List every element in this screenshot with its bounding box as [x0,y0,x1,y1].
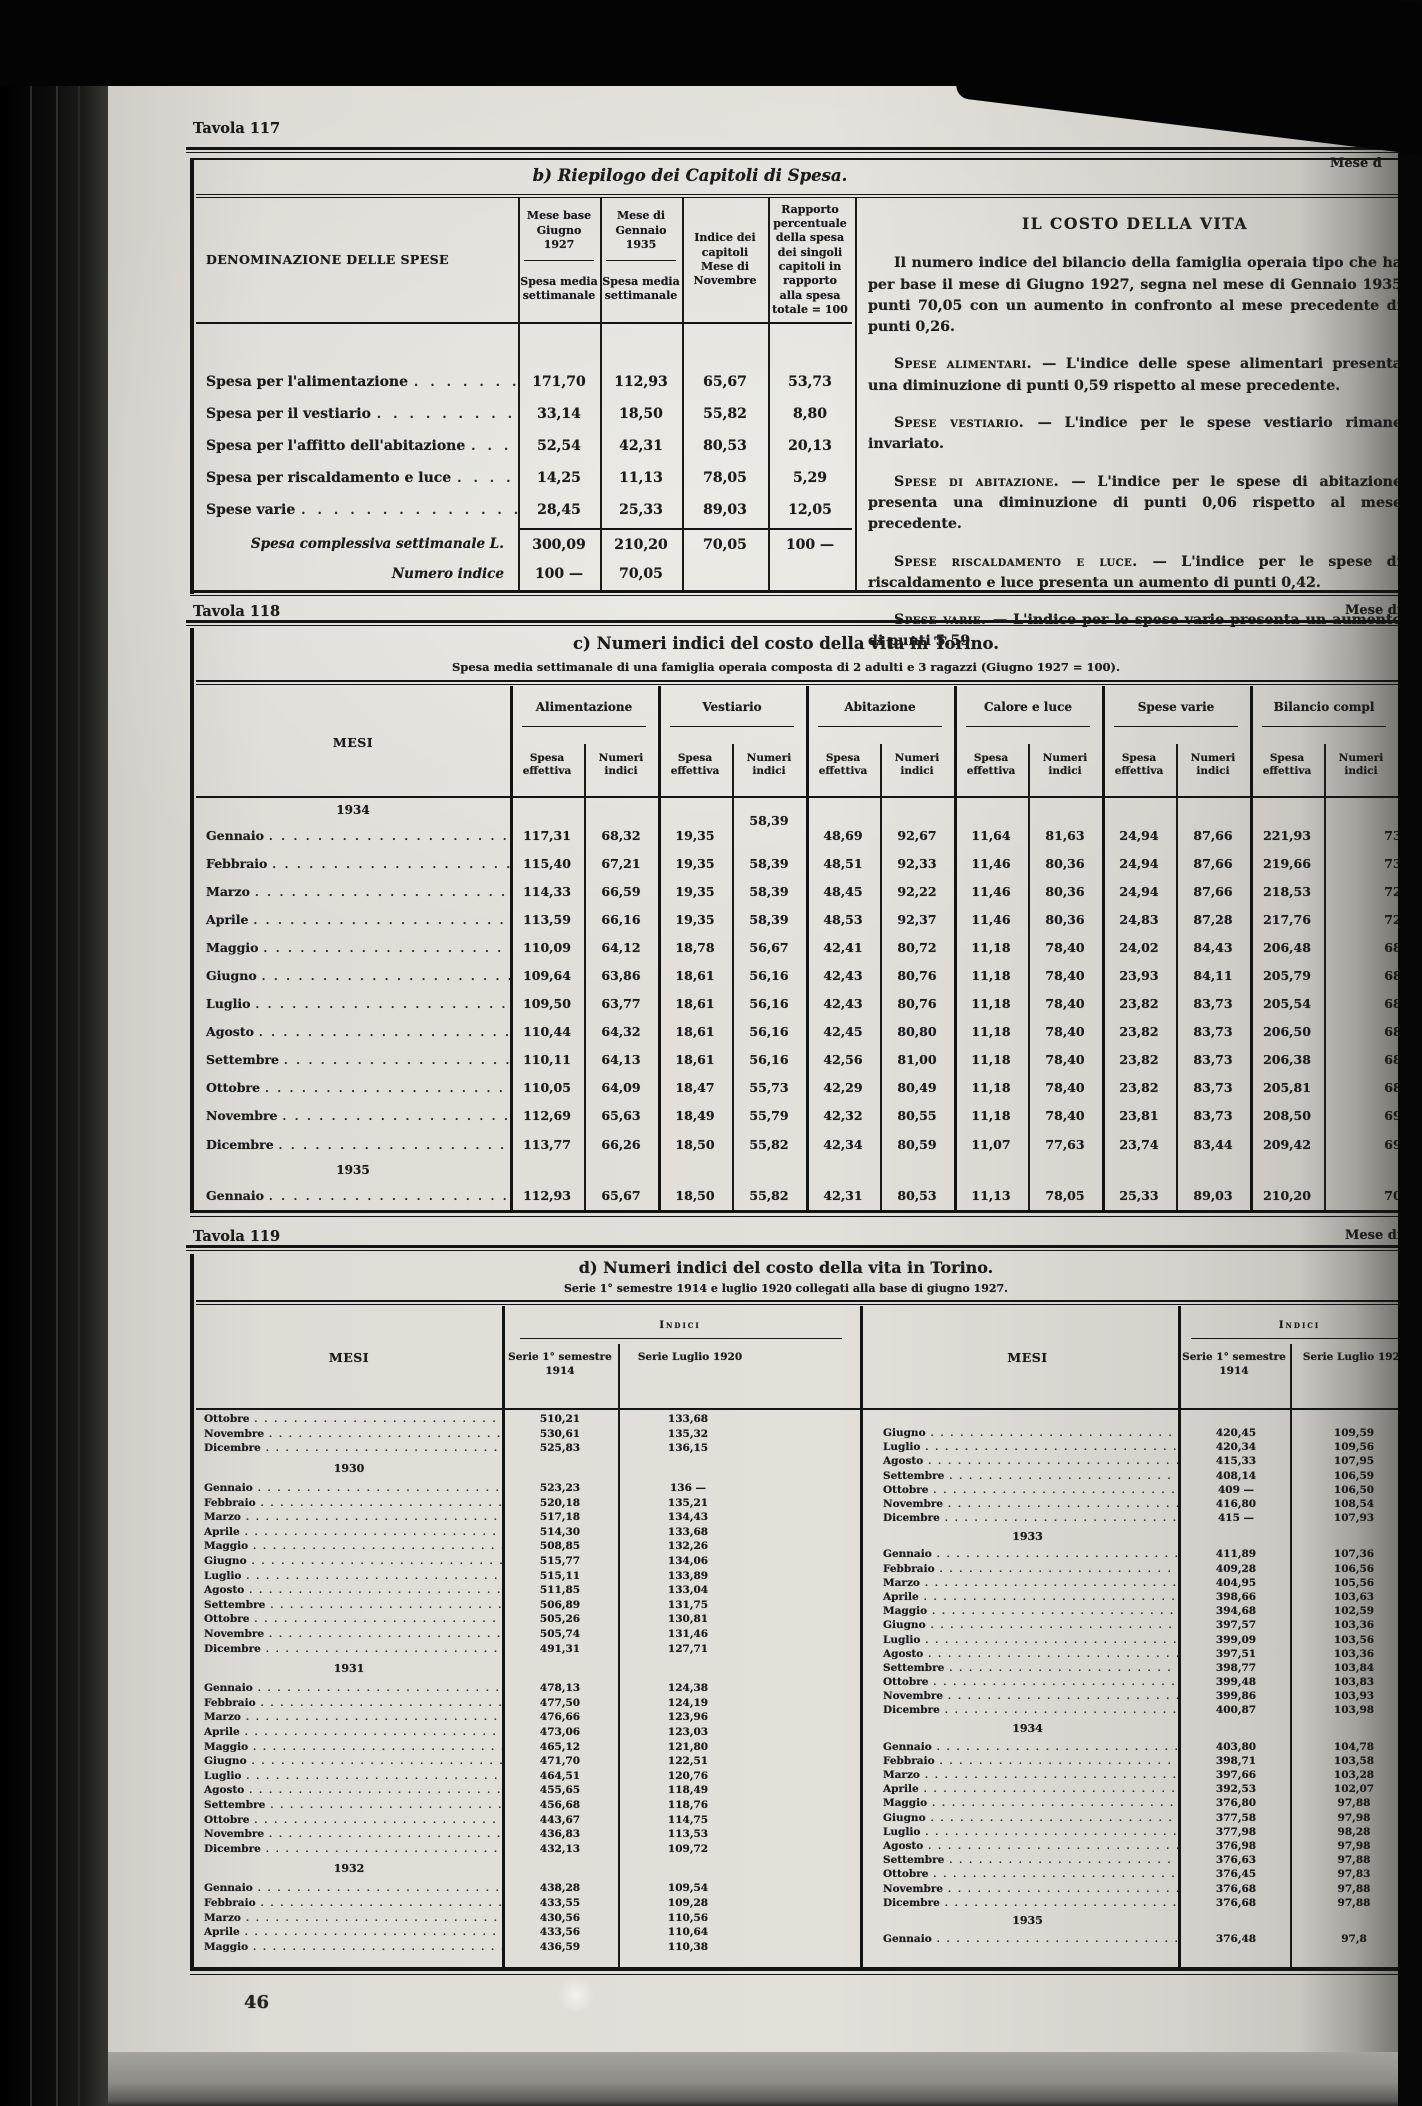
serie-1914-value: 392,53 [1180,1783,1292,1795]
serie-1914-value: 436,59 [502,1941,618,1953]
tavola-119-label: Tavola 119 [193,1228,280,1245]
value-cell: 89,03 [1176,1188,1250,1203]
table118-left-border [190,628,194,1212]
expense-value: 78,05 [682,470,768,486]
value-cell: 114,33 [510,884,584,899]
table-row: Giugno. . . . . . . . . . . . . . . . . … [875,1618,1416,1632]
expense-label: Spesa per il vestiario. . . . . . . . . … [196,406,518,422]
tavola-117-label: Tavola 117 [193,120,280,137]
value-cell: 83,73 [1176,996,1250,1011]
value-cell: 110,05 [510,1080,584,1095]
total-value: 100 — [768,528,852,560]
serie-1914-value: 376,48 [1180,1933,1292,1945]
value-cell: 19,35 [658,912,732,927]
essay-divider [855,198,857,590]
total-value: 300,09 [518,528,600,560]
value-cell: 117,31 [510,828,584,843]
index-value: 100 — [518,566,600,582]
value-cell: 83,73 [1176,1024,1250,1039]
value-cell: 80,36 [1028,856,1102,871]
serie-1914-header: Serie 1° semestre 1914 [1175,1350,1293,1378]
table-row: Giugno. . . . . . . . . . . . . . . . . … [196,1554,852,1569]
table-row: Gennaio. . . . . . . . . . . . . . . . .… [875,1740,1416,1754]
value-cell: 58,39 [732,884,806,899]
value-cell: 110,44 [510,1024,584,1039]
column-group-label: Calore e luce [954,700,1102,714]
month-cell: Giugno. . . . . . . . . . . . . . . . . … [875,1619,1180,1631]
table-row: Dicembre. . . . . . . . . . . . . . . . … [875,1703,1416,1717]
value-cell: 206,50 [1250,1024,1324,1039]
table117-index-row: Numero indice 100 — 70,05 [196,560,852,588]
subcol-spesa-effettiva: Spesa effettiva [1102,732,1176,798]
value-cell: 218,53 [1250,884,1324,899]
table-row: Ottobre. . . . . . . . . . . . . . . . .… [875,1483,1416,1497]
value-cell: 81,00 [880,1052,954,1067]
expense-value: 52,54 [518,438,600,454]
table-row: Luglio. . . . . . . . . . . . . . . . . … [196,990,1414,1018]
paper-bottom-edge [108,2052,1422,2106]
month-cell: Marzo. . . . . . . . . . . . . . . . . .… [196,1912,502,1924]
value-cell: 87,28 [1176,912,1250,927]
month-cell: Novembre. . . . . . . . . . . . . . . . … [196,1628,502,1640]
month-cell: Luglio. . . . . . . . . . . . . . . . . … [196,996,510,1011]
value-cell: 18,50 [658,1188,732,1203]
table-row: Dicembre. . . . . . . . . . . . . . . . … [196,1441,852,1456]
table-row: Agosto. . . . . . . . . . . . . . . . . … [196,1783,852,1798]
month-cell: Aprile. . . . . . . . . . . . . . . . . … [875,1591,1180,1603]
value-cell: 23,81 [1102,1108,1176,1123]
table117-total-row: Spesa complessiva settimanale L. 300,09 … [196,528,852,560]
month-cell: Novembre. . . . . . . . . . . . . . . . … [196,1828,502,1840]
table-row: Novembre. . . . . . . . . . . . . . . . … [196,1627,852,1642]
table-row: Luglio. . . . . . . . . . . . . . . . . … [875,1825,1416,1839]
expense-value: 14,25 [518,470,600,486]
expense-value: 53,73 [768,374,852,390]
table-row: Marzo. . . . . . . . . . . . . . . . . .… [196,1710,852,1725]
value-cell: 110,09 [510,940,584,955]
table119-title: d) Numeri indici del costo della vita in… [196,1258,1376,1277]
serie-1914-value: 505,26 [502,1613,618,1625]
month-cell: Ottobre. . . . . . . . . . . . . . . . .… [196,1814,502,1826]
serie-1920-value: 136,15 [618,1442,852,1454]
value-cell: 11,18 [954,1080,1028,1095]
subcolumn-divider [1028,744,1030,1210]
column-group-label: Abitazione [806,700,954,714]
spine-crease [56,0,58,2106]
value-cell: 80,76 [880,996,954,1011]
expense-row: Spesa per il vestiario. . . . . . . . . … [196,398,852,430]
month-cell: Gennaio. . . . . . . . . . . . . . . . .… [196,828,510,843]
rule [186,152,1414,153]
serie-1920-value: 133,68 [618,1413,852,1425]
serie-1920-value: 131,46 [618,1628,852,1640]
serie-1914-value: 430,56 [502,1912,618,1924]
year-row: 1935 [875,1910,1416,1932]
column-mese-gennaio-header: Mese di Gennaio 1935 Spesa media settima… [600,198,682,322]
subcol-spesa-effettiva: Spesa effettiva [658,732,732,798]
value-cell: 66,59 [584,884,658,899]
column-divider [1250,686,1253,1210]
rule [186,1250,1414,1251]
month-cell: Ottobre. . . . . . . . . . . . . . . . .… [196,1613,502,1625]
subcol-numeri-indici: Numeri indici [1176,732,1250,798]
serie-1914-value: 411,89 [1180,1548,1292,1560]
serie-1920-value: 118,76 [618,1799,852,1811]
value-cell: 64,12 [584,940,658,955]
value-cell: 24,83 [1102,912,1176,927]
serie-1914-value: 397,66 [1180,1769,1292,1781]
serie-1914-value: 505,74 [502,1628,618,1640]
value-cell: 66,26 [584,1137,658,1152]
serie-1914-value: 456,68 [502,1799,618,1811]
value-cell: 221,93 [1250,828,1324,843]
month-cell: Settembre. . . . . . . . . . . . . . . .… [196,1599,502,1611]
serie-1914-value: 473,06 [502,1726,618,1738]
value-cell: 84,43 [1176,940,1250,955]
table-row: Novembre. . . . . . . . . . . . . . . . … [875,1497,1416,1511]
subcol-spesa-effettiva: Spesa effettiva [954,732,1028,798]
table-row: Novembre. . . . . . . . . . . . . . . . … [875,1689,1416,1703]
serie-1914-value: 520,18 [502,1497,618,1509]
serie-1920-value: 132,26 [618,1540,852,1552]
month-cell: Gennaio. . . . . . . . . . . . . . . . .… [875,1741,1180,1753]
serie-1914-value: 510,21 [502,1413,618,1425]
year-label: 1932 [196,1862,502,1875]
value-cell: 23,93 [1102,968,1176,983]
subcolumn-divider [1290,1344,1292,1967]
table-row: Novembre. . . . . . . . . . . . . . . . … [196,1827,852,1842]
serie-1920-value: 135,32 [618,1428,852,1440]
expense-label: Spesa per l'alimentazione. . . . . . . .… [196,374,518,390]
rule [966,726,1090,727]
table-row: Settembre. . . . . . . . . . . . . . . .… [875,1853,1416,1867]
serie-1920-value: 127,71 [618,1643,852,1655]
value-cell: 78,40 [1028,1052,1102,1067]
value-cell: 56,16 [732,996,806,1011]
mesi-column-header: MESI [196,1350,502,1365]
value-cell: 80,80 [880,1024,954,1039]
month-cell: Agosto. . . . . . . . . . . . . . . . . … [196,1584,502,1596]
month-cell: Gennaio. . . . . . . . . . . . . . . . .… [196,1882,502,1894]
value-cell: 42,34 [806,1137,880,1152]
table-row: Agosto. . . . . . . . . . . . . . . . . … [875,1454,1416,1468]
table-row: Gennaio. . . . . . . . . . . . . . . . .… [875,1547,1416,1561]
serie-1914-value: 506,89 [502,1599,618,1611]
value-cell: 67,21 [584,856,658,871]
table-row: Ottobre. . . . . . . . . . . . . . . . .… [875,1675,1416,1689]
column-divider [954,686,957,1210]
value-cell: 11,18 [954,996,1028,1011]
table-row: Agosto. . . . . . . . . . . . . . . . . … [875,1839,1416,1853]
year-row: 1932 [196,1856,852,1881]
month-cell: Giugno. . . . . . . . . . . . . . . . . … [196,1555,502,1567]
value-cell: 58,39 [732,856,806,871]
serie-1914-value: 376,68 [1180,1897,1292,1909]
table-row: Febbraio. . . . . . . . . . . . . . . . … [875,1562,1416,1576]
month-cell: Dicembre. . . . . . . . . . . . . . . . … [196,1137,510,1152]
rule [196,680,1414,682]
tavola-118-label: Tavola 118 [193,603,280,620]
column-divider [510,686,513,1210]
value-cell: 56,67 [732,940,806,955]
table118-bottom-border [190,1210,1414,1213]
subcol-numeri-indici: Numeri indici [732,732,806,798]
value-cell: 65,67 [584,1188,658,1203]
year-row: 1933 [875,1525,1416,1547]
table-row: Febbraio. . . . . . . . . . . . . . . . … [196,849,1414,877]
table-row: Giugno. . . . . . . . . . . . . . . . . … [875,1426,1416,1440]
month-cell: Maggio. . . . . . . . . . . . . . . . . … [875,1797,1180,1809]
column-mese-base-top: Mese base Giugno 1927 [520,202,598,260]
month-cell: Agosto. . . . . . . . . . . . . . . . . … [196,1024,510,1039]
table-row: Aprile. . . . . . . . . . . . . . . . . … [196,1525,852,1540]
expense-value: 65,67 [682,374,768,390]
table-row: Giugno. . . . . . . . . . . . . . . . . … [196,961,1414,989]
value-cell: 109,50 [510,996,584,1011]
rule [1191,1338,1409,1339]
table-row: Gennaio. . . . . . . . . . . . . . . . .… [196,1181,1414,1209]
year-label: 1930 [196,1462,502,1475]
value-cell: 18,61 [658,1024,732,1039]
expense-row: Spese varie. . . . . . . . . . . . . . .… [196,494,852,526]
month-cell: Febbraio. . . . . . . . . . . . . . . . … [196,856,510,871]
value-cell: 19,35 [658,828,732,843]
value-cell: 77,63 [1028,1137,1102,1152]
mesi-column-header: MESI [875,1350,1180,1365]
serie-1920-value: 120,76 [618,1770,852,1782]
serie-1920-value: 110,64 [618,1926,852,1938]
value-cell: 80,49 [880,1080,954,1095]
month-cell: Gennaio. . . . . . . . . . . . . . . . .… [196,1682,502,1694]
value-cell: 65,63 [584,1108,658,1123]
serie-1914-value: 403,80 [1180,1741,1292,1753]
table-row: Agosto. . . . . . . . . . . . . . . . . … [196,1583,852,1598]
serie-1914-value: 420,34 [1180,1441,1292,1453]
table-row: Maggio. . . . . . . . . . . . . . . . . … [196,1539,852,1554]
month-cell: Febbraio. . . . . . . . . . . . . . . . … [875,1755,1180,1767]
expense-value: 80,53 [682,438,768,454]
serie-1920-value: 133,68 [618,1526,852,1538]
serie-1914-value: 377,58 [1180,1812,1292,1824]
serie-1914-value: 397,57 [1180,1619,1292,1631]
column-divider [1102,686,1105,1210]
serie-1914-value: 400,87 [1180,1704,1292,1716]
column-divider [1178,1306,1181,1967]
value-cell: 115,40 [510,856,584,871]
value-cell: 42,29 [806,1080,880,1095]
month-cell: Agosto. . . . . . . . . . . . . . . . . … [875,1840,1180,1852]
month-cell: Agosto. . . . . . . . . . . . . . . . . … [875,1455,1180,1467]
expense-value: 42,31 [600,438,682,454]
subcol-numeri-indici: Numeri indici [584,732,658,798]
serie-1920-value: 109,72 [618,1843,852,1855]
serie-1914-value: 433,55 [502,1897,618,1909]
value-cell: 23,74 [1102,1137,1176,1152]
page-number: 46 [244,1992,269,2013]
column-divider [502,1306,505,1967]
value-cell: 87,66 [1176,828,1250,843]
serie-1914-value: 404,95 [1180,1577,1292,1589]
table-row: Ottobre. . . . . . . . . . . . . . . . .… [196,1412,852,1427]
year-row: 1931 [196,1656,852,1681]
year-row: 1934 [196,798,1414,821]
value-cell: 11,18 [954,940,1028,955]
month-cell: Settembre. . . . . . . . . . . . . . . .… [196,1052,510,1067]
serie-1914-value: 478,13 [502,1682,618,1694]
table-row: Gennaio. . . . . . . . . . . . . . . . .… [875,1932,1416,1946]
table119-right-header: MESI Indici Serie 1° semestre 1914 Serie… [875,1306,1416,1406]
month-cell: Novembre. . . . . . . . . . . . . . . . … [875,1690,1180,1702]
expense-value: 18,50 [600,406,682,422]
table-row: Settembre. . . . . . . . . . . . . . . .… [875,1469,1416,1483]
mesi-column-header: MESI [196,735,510,750]
year-label: 1931 [196,1662,502,1675]
value-cell: 42,43 [806,996,880,1011]
month-cell: Settembre. . . . . . . . . . . . . . . .… [196,1799,502,1811]
value-cell: 78,05 [1028,1188,1102,1203]
serie-1914-value: 515,11 [502,1570,618,1582]
value-cell: 19,35 [658,884,732,899]
value-cell: 206,48 [1250,940,1324,955]
month-cell: Maggio. . . . . . . . . . . . . . . . . … [196,940,510,955]
value-cell: 48,45 [806,884,880,899]
serie-1920-value: 123,96 [618,1711,852,1723]
value-cell: 206,38 [1250,1052,1324,1067]
table119-left-header: MESI Indici Serie 1° semestre 1914 Serie… [196,1306,858,1406]
table119-bottom-border [190,1967,1414,1971]
month-cell: Ottobre. . . . . . . . . . . . . . . . .… [875,1868,1180,1880]
serie-1920-value: 124,19 [618,1697,852,1709]
table-row: Settembre. . . . . . . . . . . . . . . .… [196,1046,1414,1074]
table119-left-border [190,1254,194,1970]
spine-crease [30,0,32,2106]
value-cell: 81,63 [1028,828,1102,843]
value-cell: 205,81 [1250,1080,1324,1095]
value-cell: 25,33 [1102,1188,1176,1203]
table-row: Febbraio. . . . . . . . . . . . . . . . … [196,1896,852,1911]
subcolumn-divider [618,1344,620,1967]
table-row: Aprile. . . . . . . . . . . . . . . . . … [196,905,1414,933]
value-cell: 18,50 [658,1137,732,1152]
serie-1914-value: 455,65 [502,1784,618,1796]
value-cell: 42,31 [806,1188,880,1203]
value-cell: 42,41 [806,940,880,955]
serie-1920-value: 114,75 [618,1814,852,1826]
serie-1914-value: 464,51 [502,1770,618,1782]
table-row: Dicembre. . . . . . . . . . . . . . . . … [196,1841,852,1856]
total-row-label: Spesa complessiva settimanale L. [196,536,518,552]
month-cell: Novembre. . . . . . . . . . . . . . . . … [196,1428,502,1440]
value-cell: 78,40 [1028,1080,1102,1095]
value-cell: 113,77 [510,1137,584,1152]
value-cell: 80,36 [1028,884,1102,899]
value-cell: 48,69 [806,828,880,843]
serie-1914-value: 525,83 [502,1442,618,1454]
value-cell: 24,94 [1102,884,1176,899]
commentary-paragraph: Spese vestiario. — L'indice per le spese… [868,413,1402,456]
rule [520,1338,842,1339]
value-cell: 209,42 [1250,1137,1324,1152]
rule [196,194,1414,195]
value-cell: 78,40 [1028,1108,1102,1123]
expense-value: 28,45 [518,502,600,518]
month-cell: Novembre. . . . . . . . . . . . . . . . … [196,1108,510,1123]
table118-subtitle: Spesa media settimanale di una famiglia … [196,660,1376,674]
serie-1920-value: 133,89 [618,1570,852,1582]
table-row: Gennaio. . . . . . . . . . . . . . . . .… [196,1881,852,1896]
value-cell: 11,64 [954,828,1028,843]
cost-of-living-commentary: IL COSTO DELLA VITA Il numero indice del… [868,212,1402,669]
scanned-document-page: Tavola 117 Mese d b) Riepilogo dei Capit… [0,0,1422,2106]
total-value: 210,20 [600,528,682,560]
subcol-numeri-indici: Numeri indici [880,732,954,798]
table-row: Luglio. . . . . . . . . . . . . . . . . … [875,1440,1416,1454]
month-cell: Giugno. . . . . . . . . . . . . . . . . … [196,968,510,983]
value-cell: 42,32 [806,1108,880,1123]
rule [670,726,794,727]
expense-value: 8,80 [768,406,852,422]
serie-1920-value: 109,54 [618,1882,852,1894]
month-cell: Aprile. . . . . . . . . . . . . . . . . … [196,1726,502,1738]
month-cell: Ottobre. . . . . . . . . . . . . . . . .… [196,1413,502,1425]
subcol-numeri-indici: Numeri indici [1324,732,1398,798]
table-row: Novembre. . . . . . . . . . . . . . . . … [196,1427,852,1442]
serie-1920-value: 130,81 [618,1613,852,1625]
table-row: Giugno. . . . . . . . . . . . . . . . . … [875,1811,1416,1825]
value-cell: 18,61 [658,996,732,1011]
value-cell: 87,66 [1176,856,1250,871]
value-cell: 18,49 [658,1108,732,1123]
subcol-spesa-effettiva: Spesa effettiva [1250,732,1324,798]
value-cell: 92,22 [880,884,954,899]
table117-header: DENOMINAZIONE DELLE SPESE Mese base Giug… [196,198,852,322]
commentary-paragraph: Spese di abitazione. — L'indice per le s… [868,472,1402,536]
month-cell: Novembre. . . . . . . . . . . . . . . . … [875,1498,1180,1510]
column-group-label: Alimentazione [510,700,658,714]
table-row: Settembre. . . . . . . . . . . . . . . .… [196,1598,852,1613]
serie-1914-value: 491,31 [502,1643,618,1655]
subcolumn-divider [732,744,734,1210]
table-row: Maggio. . . . . . . . . . . . . . . . . … [196,933,1414,961]
month-cell: Dicembre. . . . . . . . . . . . . . . . … [196,1643,502,1655]
table-row: Luglio. . . . . . . . . . . . . . . . . … [196,1568,852,1583]
value-cell: 24,02 [1102,940,1176,955]
serie-1920-header: Serie Luglio 1920 [632,1350,748,1364]
month-cell: Febbraio. . . . . . . . . . . . . . . . … [196,1897,502,1909]
month-cell: Ottobre. . . . . . . . . . . . . . . . .… [875,1676,1180,1688]
book-spine [0,0,112,2106]
value-cell: 56,16 [732,1024,806,1039]
table-row: Agosto. . . . . . . . . . . . . . . . . … [875,1647,1416,1661]
value-cell: 80,76 [880,968,954,983]
serie-1920-value: 113,53 [618,1828,852,1840]
commentary-paragraph: Spese riscaldamento e luce. — L'indice p… [868,552,1402,595]
year-label: 1935 [196,1163,510,1177]
value-cell: 92,37 [880,912,954,927]
table-row: Marzo. . . . . . . . . . . . . . . . . .… [196,877,1414,905]
expense-label: Spesa per l'affitto dell'abitazione. . .… [196,438,518,454]
half-divider [860,1306,863,1967]
serie-1914-value: 397,51 [1180,1648,1292,1660]
month-cell: Agosto. . . . . . . . . . . . . . . . . … [196,1784,502,1796]
expense-value: 33,14 [518,406,600,422]
serie-1914-value: 438,28 [502,1882,618,1894]
rule [1262,726,1386,727]
spine-crease [78,0,80,2106]
serie-1920-value: 136 — [618,1482,852,1494]
table-row: Ottobre. . . . . . . . . . . . . . . . .… [196,1812,852,1827]
column-group-label: Vestiario [658,700,806,714]
